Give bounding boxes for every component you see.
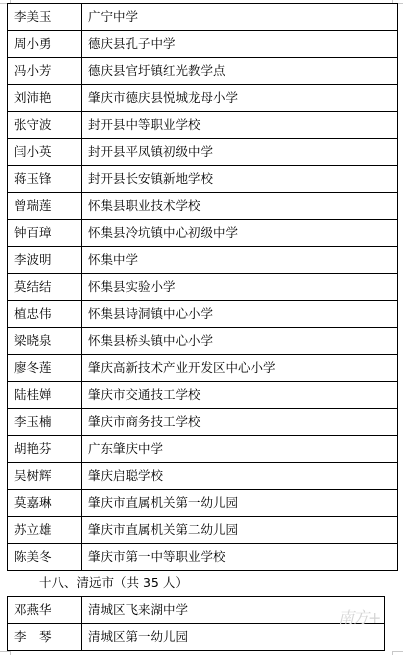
school-name-cell: 肇庆市交通技工学校	[82, 382, 398, 409]
teacher-name-cell: 刘沛艳	[8, 85, 82, 112]
teacher-name-cell: 钟百璋	[8, 220, 82, 247]
table-row: 李波明怀集中学	[8, 247, 398, 274]
teacher-name-cell: 苏立雄	[8, 517, 82, 544]
school-name-cell: 广东肇庆中学	[82, 436, 398, 463]
school-name-cell: 怀集县冷坑镇中心初级中学	[82, 220, 398, 247]
school-name-cell: 怀集县诗洞镇中心小学	[82, 301, 398, 328]
teacher-name-cell: 周小勇	[8, 31, 82, 58]
school-name-cell: 怀集中学	[82, 247, 398, 274]
school-name-cell: 德庆县孔子中学	[82, 31, 398, 58]
teacher-name-cell: 植忠伟	[8, 301, 82, 328]
school-name-cell: 怀集县桥头镇中心小学	[82, 328, 398, 355]
school-name-cell: 肇庆市直属机关第二幼儿园	[82, 517, 398, 544]
table-row: 莫嘉琳肇庆市直属机关第一幼儿园	[8, 490, 398, 517]
page-corner-mark	[392, 651, 403, 655]
teacher-name-cell: 冯小芳	[8, 58, 82, 85]
table-row: 刘沛艳肇庆市德庆县悦城龙母小学	[8, 85, 398, 112]
teacher-name-cell: 莫结结	[8, 274, 82, 301]
table-row: 李玉楠肇庆市商务技工学校	[8, 409, 398, 436]
table-row: 张守波封开县中等职业学校	[8, 112, 398, 139]
table-row: 周小勇德庆县孔子中学	[8, 31, 398, 58]
teacher-name-cell: 张守波	[8, 112, 82, 139]
table-row: 吴树辉肇庆启聪学校	[8, 463, 398, 490]
teacher-name-cell: 蒋玉锋	[8, 166, 82, 193]
table-row: 植忠伟怀集县诗洞镇中心小学	[8, 301, 398, 328]
table-row: 梁晓泉怀集县桥头镇中心小学	[8, 328, 398, 355]
teacher-list-table-zhaoqing: 李美玉广宁中学周小勇德庆县孔子中学冯小芳德庆县官圩镇红光教学点刘沛艳肇庆市德庆县…	[7, 3, 398, 571]
school-name-cell: 肇庆市直属机关第一幼儿园	[82, 490, 398, 517]
teacher-name-cell: 梁晓泉	[8, 328, 82, 355]
table-row: 苏立雄肇庆市直属机关第二幼儿园	[8, 517, 398, 544]
section-heading-qingyuan: 十八、清远市（共 35 人）	[39, 575, 188, 591]
teacher-name-cell: 胡艳芬	[8, 436, 82, 463]
table-row: 李美玉广宁中学	[8, 4, 398, 31]
table-row: 李 琴清城区第一幼儿园	[8, 624, 385, 651]
table-row: 闫小英封开县平凤镇初级中学	[8, 139, 398, 166]
teacher-name-cell: 李美玉	[8, 4, 82, 31]
teacher-name-cell: 陈美冬	[8, 544, 82, 571]
school-name-cell: 肇庆高新技术产业开发区中心小学	[82, 355, 398, 382]
school-name-cell: 肇庆启聪学校	[82, 463, 398, 490]
teacher-name-cell: 廖冬莲	[8, 355, 82, 382]
table-row: 钟百璋怀集县冷坑镇中心初级中学	[8, 220, 398, 247]
table-row: 胡艳芬广东肇庆中学	[8, 436, 398, 463]
teacher-name-cell: 闫小英	[8, 139, 82, 166]
school-name-cell: 肇庆市德庆县悦城龙母小学	[82, 85, 398, 112]
teacher-name-cell: 莫嘉琳	[8, 490, 82, 517]
school-name-cell: 肇庆市商务技工学校	[82, 409, 398, 436]
table-row: 陆桂婵肇庆市交通技工学校	[8, 382, 398, 409]
teacher-name-cell: 吴树辉	[8, 463, 82, 490]
school-name-cell: 封开县长安镇新地学校	[82, 166, 398, 193]
teacher-name-cell: 李玉楠	[8, 409, 82, 436]
school-name-cell: 封开县中等职业学校	[82, 112, 398, 139]
table-row: 陈美冬肇庆市第一中等职业学校	[8, 544, 398, 571]
table-row: 蒋玉锋封开县长安镇新地学校	[8, 166, 398, 193]
school-name-cell: 怀集县职业技术学校	[82, 193, 398, 220]
school-name-cell: 德庆县官圩镇红光教学点	[82, 58, 398, 85]
table-row: 曾瑞莲怀集县职业技术学校	[8, 193, 398, 220]
teacher-name-cell: 李 琴	[8, 624, 82, 651]
teacher-list-table-qingyuan: 邓燕华清城区飞来湖中学李 琴清城区第一幼儿园	[7, 596, 385, 651]
teacher-name-cell: 陆桂婵	[8, 382, 82, 409]
teacher-name-cell: 李波明	[8, 247, 82, 274]
teacher-name-cell: 曾瑞莲	[8, 193, 82, 220]
table-row: 莫结结怀集县实验小学	[8, 274, 398, 301]
teacher-name-cell: 邓燕华	[8, 597, 82, 624]
table-row: 冯小芳德庆县官圩镇红光教学点	[8, 58, 398, 85]
page-corner-mark	[0, 651, 11, 655]
watermark-logo: 南方+	[338, 605, 380, 628]
table-row: 邓燕华清城区飞来湖中学	[8, 597, 385, 624]
school-name-cell: 怀集县实验小学	[82, 274, 398, 301]
school-name-cell: 封开县平凤镇初级中学	[82, 139, 398, 166]
school-name-cell: 肇庆市第一中等职业学校	[82, 544, 398, 571]
table-row: 廖冬莲肇庆高新技术产业开发区中心小学	[8, 355, 398, 382]
school-name-cell: 广宁中学	[82, 4, 398, 31]
